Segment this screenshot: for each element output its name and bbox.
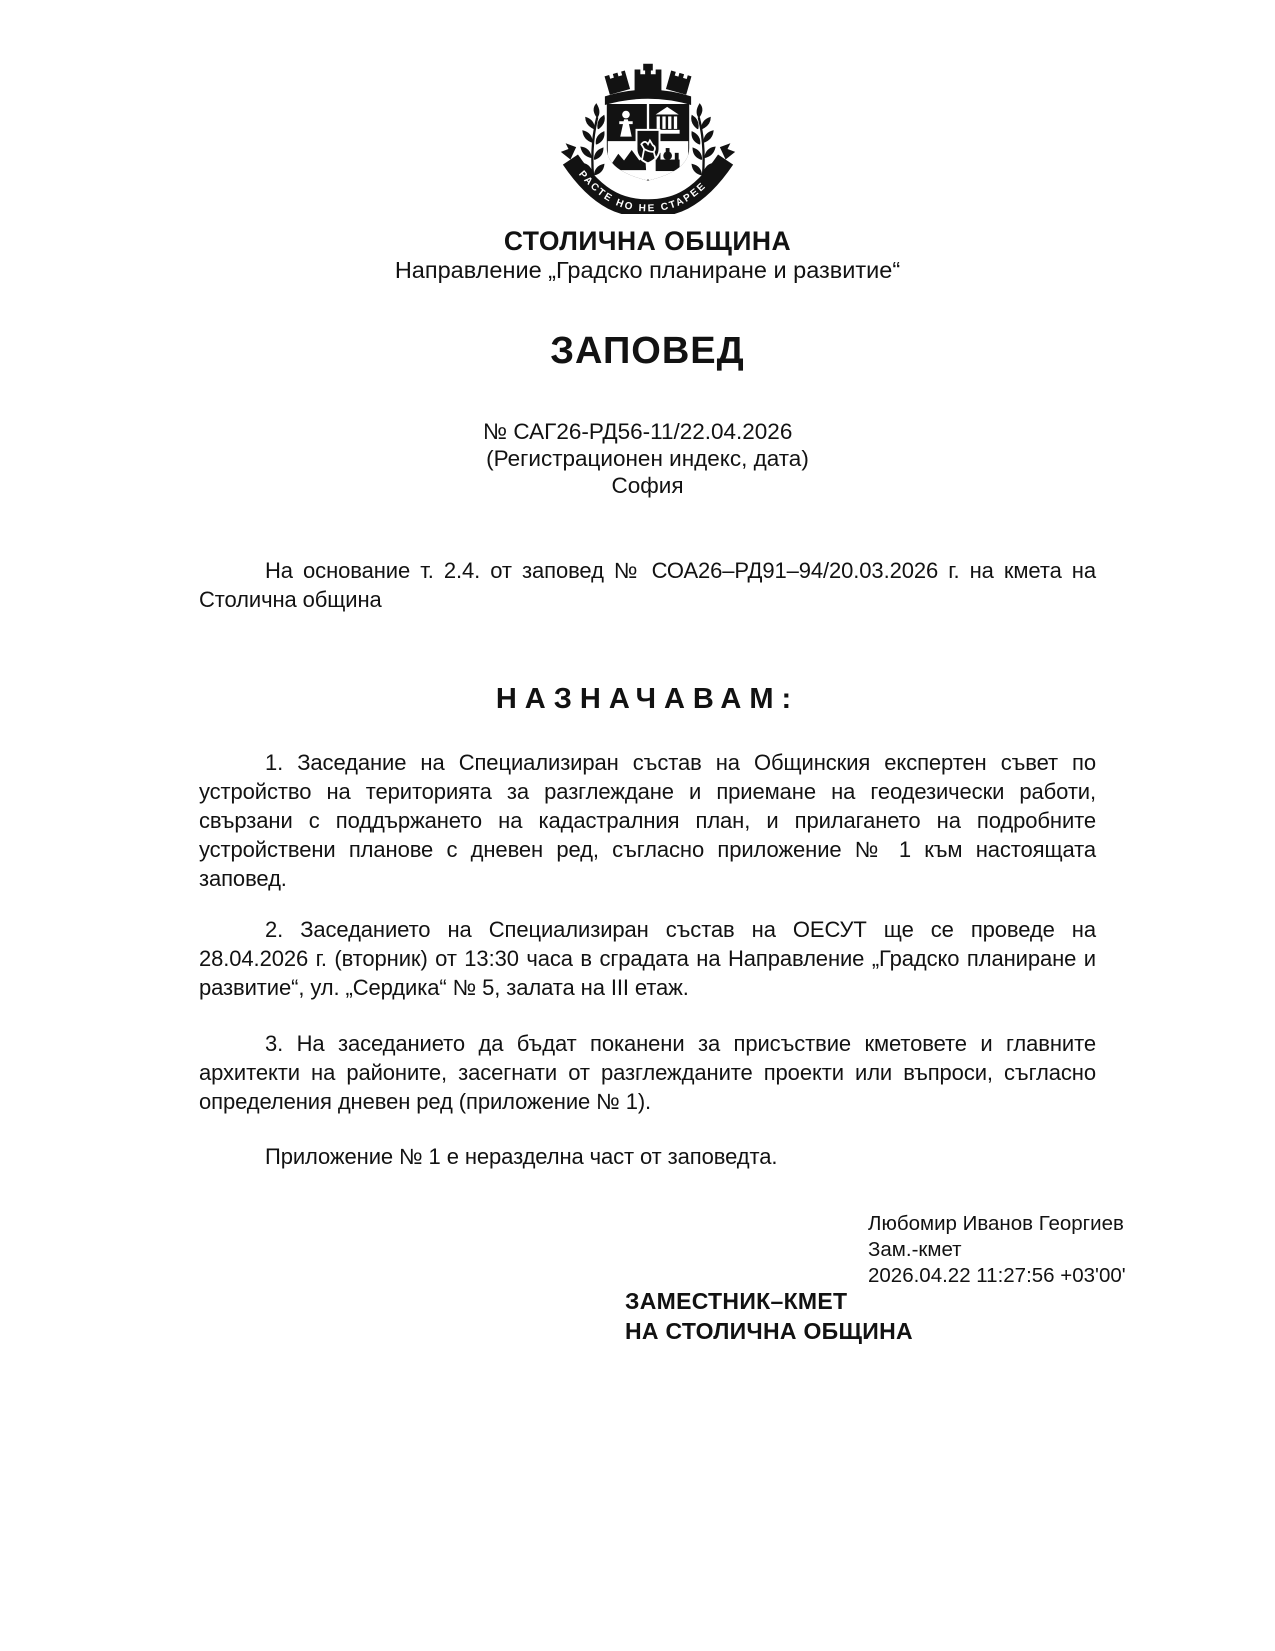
org-name: СТОЛИЧНА ОБЩИНА [199, 226, 1096, 257]
signer-position: Зам.-кмет [868, 1237, 1126, 1263]
preamble-paragraph: На основание т. 2.4. от заповед № СОА26–… [199, 556, 1096, 614]
order-document-page: РАСТЕ НО НЕ СТАРЕЕ СТОЛИЧНА ОБЩИНА Напра… [0, 0, 1275, 1651]
order-item-1: 1. Заседание на Специализиран състав на … [199, 748, 1096, 893]
closing-note: Приложение № 1 е неразделна част от запо… [199, 1142, 1096, 1171]
reg-city: София [199, 473, 1096, 499]
crest-lion-escutcheon [637, 130, 660, 164]
signature-timestamp: 2026.04.22 11:27:56 +03'00' [868, 1263, 1126, 1289]
signer-name: Любомир Иванов Георгиев [868, 1211, 1126, 1237]
digital-signature-block: Любомир Иванов Георгиев Зам.-кмет 2026.0… [868, 1211, 1126, 1289]
order-item-3: 3. На заседанието да бъдат поканени за п… [199, 1029, 1096, 1116]
reg-number: № САГ26-РД56-11/22.04.2026 [483, 419, 792, 445]
doc-title: ЗАПОВЕД [199, 330, 1096, 373]
org-division: Направление „Градско планиране и развити… [199, 257, 1096, 284]
signer-title-line2: НА СТОЛИЧНА ОБЩИНА [625, 1317, 913, 1347]
signer-title-block: ЗАМЕСТНИК–КМЕТ НА СТОЛИЧНА ОБЩИНА [625, 1287, 913, 1346]
sofia-coat-of-arms: РАСТЕ НО НЕ СТАРЕЕ [557, 62, 739, 214]
order-item-2: 2. Заседанието на Специализиран състав н… [199, 915, 1096, 1002]
crest-shield [607, 104, 689, 182]
signer-title-line1: ЗАМЕСТНИК–КМЕТ [625, 1287, 913, 1317]
reg-index-date-label: (Регистрационен индекс, дата) [199, 446, 1096, 472]
crest-crown [605, 64, 692, 105]
order-heading: НАЗНАЧАВАМ: [199, 683, 1096, 716]
